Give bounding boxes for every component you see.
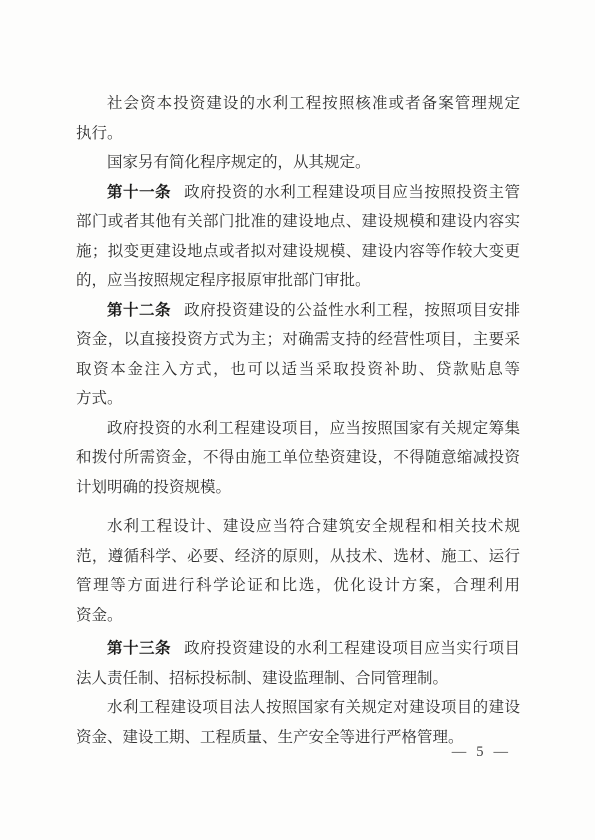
paragraph-article-13: 第十三条政府投资建设的水利工程建设项目应当实行项目 法人责任制、招标投标制、建设…	[76, 634, 520, 693]
text-line: 计划明确的投资规模。	[76, 473, 520, 503]
footer-dash-left: —	[452, 743, 467, 761]
paragraph-article-11: 第十一条政府投资的水利工程建设项目应当按照投资主管 部门或者其他有关部门批准的建…	[76, 178, 520, 296]
text-line: 水利工程建设项目法人按照国家有关规定对建设项目的建设	[76, 693, 520, 723]
page-number: 5	[476, 743, 483, 761]
text-line: 第十二条政府投资建设的公益性水利工程，按照项目安排	[76, 296, 520, 326]
text-line: 资金。	[76, 601, 520, 631]
text-line: 方式。	[76, 384, 520, 414]
text-line: 水利工程设计、建设应当符合建筑安全规程和相关技术规	[76, 512, 520, 542]
text-line: 部门或者其他有关部门批准的建设地点、建设规模和建设内容实	[76, 207, 520, 237]
text-line: 施；拟变更建设地点或者拟对建设规模、建设内容等作较大变更	[76, 237, 520, 267]
text-line: 法人责任制、招标投标制、建设监理制、合同管理制。	[76, 664, 520, 694]
article-text: 政府投资建设的公益性水利工程，按照项目安排	[184, 302, 520, 319]
text-line: 取资本金注入方式，也可以适当采取投资补助、贷款贴息等	[76, 355, 520, 385]
text-line: 的，应当按照规定程序报原审批部门审批。	[76, 266, 520, 296]
text-line: 执行。	[76, 119, 520, 149]
text-line: 管理等方面进行科学论证和比选，优化设计方案，合理利用	[76, 571, 520, 601]
paragraph-social-capital-investment: 社会资本投资建设的水利工程按照核准或者备案管理规定 执行。	[76, 89, 520, 148]
paragraph-government-funding: 政府投资的水利工程建设项目，应当按照国家有关规定筹集 和拨付所需资金，不得由施工…	[76, 414, 520, 503]
document-text-block: 社会资本投资建设的水利工程按照核准或者备案管理规定 执行。 国家另有简化程序规定…	[76, 89, 520, 752]
article-text: 政府投资的水利工程建设项目应当按照投资主管	[184, 184, 520, 201]
paragraph-design-principles: 水利工程设计、建设应当符合建筑安全规程和相关技术规 范，遵循科学、必要、经济的原…	[76, 512, 520, 630]
text-line: 政府投资的水利工程建设项目，应当按照国家有关规定筹集	[76, 414, 520, 444]
article-number-12: 第十二条	[107, 302, 171, 319]
document-page: 社会资本投资建设的水利工程按照核准或者备案管理规定 执行。 国家另有简化程序规定…	[0, 0, 595, 840]
text-line: 资金，以直接投资方式为主；对确需支持的经营性项目，主要采	[76, 325, 520, 355]
paragraph-article-12: 第十二条政府投资建设的公益性水利工程，按照项目安排 资金，以直接投资方式为主；对…	[76, 296, 520, 414]
article-text: 政府投资建设的水利工程建设项目应当实行项目	[184, 640, 520, 657]
footer-dash-right: —	[494, 743, 509, 761]
article-number-11: 第十一条	[107, 184, 171, 201]
text-line: 第十一条政府投资的水利工程建设项目应当按照投资主管	[76, 178, 520, 208]
paragraph-simplified-procedure: 国家另有简化程序规定的，从其规定。	[76, 148, 520, 178]
text-line: 第十三条政府投资建设的水利工程建设项目应当实行项目	[76, 634, 520, 664]
text-line: 和拨付所需资金，不得由施工单位垫资建设，不得随意缩减投资	[76, 443, 520, 473]
text-line: 范，遵循科学、必要、经济的原则，从技术、选材、施工、运行	[76, 542, 520, 572]
text-line: 社会资本投资建设的水利工程按照核准或者备案管理规定	[76, 89, 520, 119]
page-footer: — 5 —	[452, 743, 508, 761]
article-number-13: 第十三条	[107, 640, 171, 657]
text-line: 国家另有简化程序规定的，从其规定。	[76, 148, 520, 178]
